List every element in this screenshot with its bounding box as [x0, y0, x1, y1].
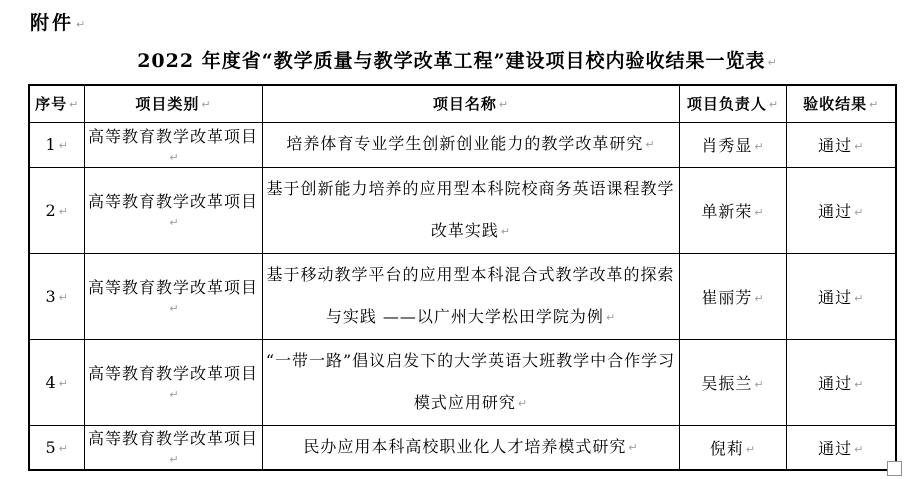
table-resize-handle[interactable] [887, 461, 902, 476]
cell-end-mark: ↵ [606, 311, 615, 324]
cell-text: 崔丽芳 [701, 288, 752, 307]
cell-project-category: 高等教育教学改革项目↵ [84, 167, 262, 253]
cell-text: 通过 [818, 439, 852, 458]
cell-serial-number: 1↵ [29, 122, 84, 167]
cell-end-mark: ↵ [59, 442, 68, 455]
acceptance-results-table: 序号↵ 项目类别↵ 项目名称↵ 项目负责人↵ 验收结果↵ 1↵ 高等教育教学改革… [28, 84, 897, 471]
cell-acceptance-result: 通过↵ [786, 425, 896, 470]
cell-end-mark: ↵ [754, 378, 763, 391]
header-text: 项目名称 [433, 95, 497, 113]
cell-end-mark: ↵ [169, 302, 178, 315]
table-header-row: 序号↵ 项目类别↵ 项目名称↵ 项目负责人↵ 验收结果↵ [29, 85, 896, 122]
table-row: 3↵ 高等教育教学改革项目↵ 基于移动教学平台的应用型本科混合式教学改革的探索 … [29, 253, 896, 339]
cell-end-mark: ↵ [499, 98, 508, 111]
cell-text: 通过 [818, 288, 852, 307]
cell-end-mark: ↵ [169, 453, 178, 466]
table-row: 4↵ 高等教育教学改革项目↵ “一带一路”倡议启发下的大学英语大班教学中合作学习… [29, 339, 896, 425]
cell-serial-number: 2↵ [29, 167, 84, 253]
cell-end-mark: ↵ [59, 291, 68, 304]
cell-end-mark: ↵ [501, 225, 510, 238]
cell-end-mark: ↵ [169, 216, 178, 229]
header-text: 序号 [35, 95, 67, 113]
cell-text: 高等教育教学改革项目 [88, 429, 258, 448]
cell-text: 吴振兰 [701, 374, 752, 393]
cell-acceptance-result: 通过↵ [786, 253, 896, 339]
cell-acceptance-result: 通过↵ [786, 167, 896, 253]
cell-text: 倪莉 [710, 439, 744, 458]
cell-text: 基于创新能力培养的应用型本科院校商务英语课程教学 改革实践 [266, 179, 674, 240]
cell-project-category: 高等教育教学改革项目↵ [84, 122, 262, 167]
cell-end-mark: ↵ [645, 138, 654, 151]
table-row: 5↵ 高等教育教学改革项目↵ 民办应用本科高校职业化人才培养模式研究↵ 倪莉↵ … [29, 425, 896, 470]
cell-acceptance-result: 通过↵ [786, 339, 896, 425]
cell-end-mark: ↵ [628, 441, 637, 454]
header-text: 验收结果 [803, 95, 867, 113]
cell-project-leader: 倪莉↵ [679, 425, 786, 470]
cell-text: 培养体育专业学生创新创业能力的教学改革研究 [286, 134, 643, 153]
cell-end-mark: ↵ [69, 98, 78, 111]
cell-end-mark: ↵ [518, 397, 527, 410]
header-project-category: 项目类别↵ [84, 85, 262, 122]
cell-text: 通过 [818, 202, 852, 221]
cell-project-leader: 崔丽芳↵ [679, 253, 786, 339]
cell-project-name: 民办应用本科高校职业化人才培养模式研究↵ [262, 425, 679, 470]
cell-text: 3 [46, 287, 57, 306]
table-row: 2↵ 高等教育教学改革项目↵ 基于创新能力培养的应用型本科院校商务英语课程教学 … [29, 167, 896, 253]
cell-end-mark: ↵ [59, 205, 68, 218]
cell-project-category: 高等教育教学改革项目↵ [84, 339, 262, 425]
cell-project-leader: 单新荣↵ [679, 167, 786, 253]
cell-end-mark: ↵ [59, 377, 68, 390]
cell-text: 单新荣 [701, 202, 752, 221]
cell-project-leader: 肖秀显↵ [679, 122, 786, 167]
cell-text: 2 [46, 201, 57, 220]
cell-text: 高等教育教学改革项目 [88, 192, 258, 211]
cell-end-mark: ↵ [169, 388, 178, 401]
cell-end-mark: ↵ [59, 139, 68, 152]
header-text: 项目负责人 [687, 95, 767, 113]
paragraph-mark: ↵ [76, 18, 85, 31]
header-text: 项目类别 [135, 95, 199, 113]
cell-end-mark: ↵ [854, 378, 863, 391]
cell-text: 高等教育教学改革项目 [88, 364, 258, 383]
cell-text: 通过 [818, 136, 852, 155]
cell-project-leader: 吴振兰↵ [679, 339, 786, 425]
cell-end-mark: ↵ [854, 443, 863, 456]
cell-end-mark: ↵ [746, 443, 755, 456]
cell-text: 5 [46, 438, 57, 457]
cell-end-mark: ↵ [869, 98, 878, 111]
page-title-text: 2022 年度省“教学质量与教学改革工程”建设项目校内验收结果一览表 [137, 50, 765, 72]
attachment-label: 附件↵ [30, 8, 85, 35]
cell-end-mark: ↵ [854, 140, 863, 153]
cell-text: 高等教育教学改革项目 [88, 278, 258, 297]
header-acceptance-result: 验收结果↵ [786, 85, 896, 122]
cell-project-name: 培养体育专业学生创新创业能力的教学改革研究↵ [262, 122, 679, 167]
cell-project-name: 基于移动教学平台的应用型本科混合式教学改革的探索 与实践 ——以广州大学松田学院… [262, 253, 679, 339]
cell-end-mark: ↵ [854, 206, 863, 219]
header-serial-number: 序号↵ [29, 85, 84, 122]
cell-serial-number: 3↵ [29, 253, 84, 339]
cell-text: 民办应用本科高校职业化人才培养模式研究 [303, 437, 626, 456]
cell-end-mark: ↵ [769, 98, 778, 111]
cell-text: 高等教育教学改革项目 [88, 127, 258, 146]
cell-text: “一带一路”倡议启发下的大学英语大班教学中合作学习 模式应用研究 [266, 351, 675, 412]
cell-text: 通过 [818, 374, 852, 393]
cell-text: 1 [46, 135, 57, 154]
cell-text: 4 [46, 373, 57, 392]
cell-project-name: 基于创新能力培养的应用型本科院校商务英语课程教学 改革实践↵ [262, 167, 679, 253]
cell-serial-number: 5↵ [29, 425, 84, 470]
cell-end-mark: ↵ [169, 151, 178, 164]
header-project-name: 项目名称↵ [262, 85, 679, 122]
cell-text: 肖秀显 [701, 136, 752, 155]
cell-end-mark: ↵ [854, 292, 863, 305]
page-title: 2022 年度省“教学质量与教学改革工程”建设项目校内验收结果一览表↵ [0, 46, 914, 73]
cell-project-category: 高等教育教学改革项目↵ [84, 253, 262, 339]
cell-project-name: “一带一路”倡议启发下的大学英语大班教学中合作学习 模式应用研究↵ [262, 339, 679, 425]
paragraph-mark: ↵ [768, 56, 777, 69]
cell-project-category: 高等教育教学改革项目↵ [84, 425, 262, 470]
header-project-leader: 项目负责人↵ [679, 85, 786, 122]
cell-end-mark: ↵ [754, 292, 763, 305]
cell-acceptance-result: 通过↵ [786, 122, 896, 167]
cell-end-mark: ↵ [754, 206, 763, 219]
attachment-text: 附件 [30, 12, 74, 34]
cell-end-mark: ↵ [201, 98, 210, 111]
cell-end-mark: ↵ [754, 140, 763, 153]
cell-serial-number: 4↵ [29, 339, 84, 425]
table-row: 1↵ 高等教育教学改革项目↵ 培养体育专业学生创新创业能力的教学改革研究↵ 肖秀… [29, 122, 896, 167]
